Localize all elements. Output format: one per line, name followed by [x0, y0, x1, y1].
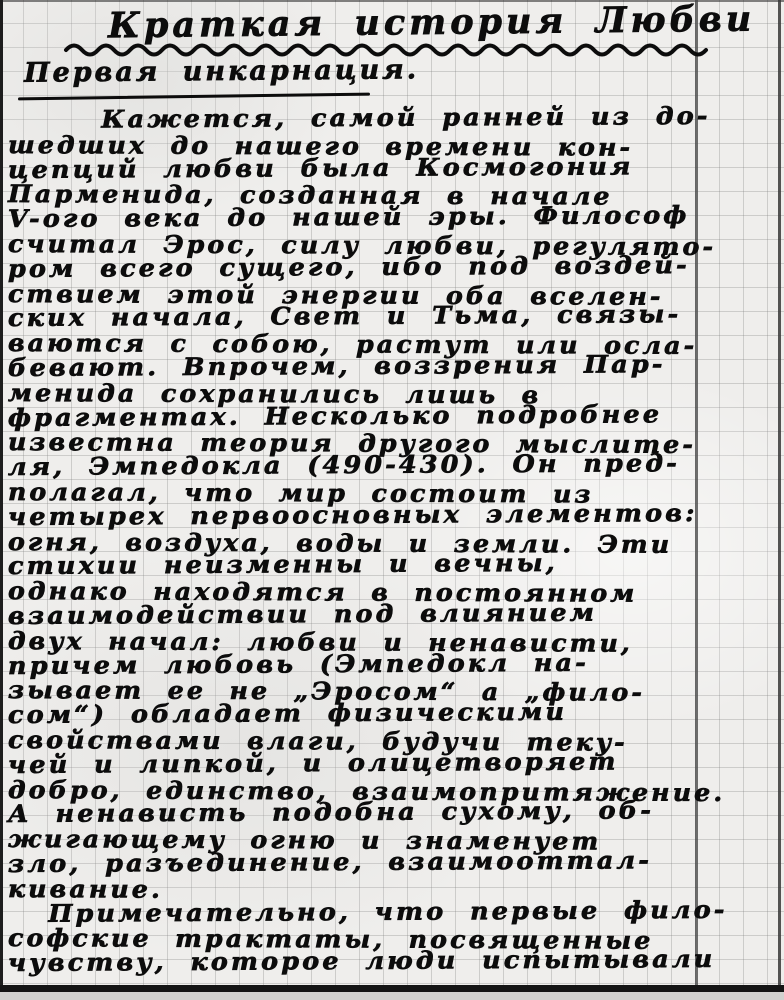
manuscript-line: Кажется, самой ранней из до-	[8, 103, 750, 132]
manuscript-line: чувству, которое люди испытывали	[8, 946, 750, 975]
manuscript-line: цепций любви была Космогония	[8, 152, 750, 181]
manuscript-line: сом“) обладает физическими	[8, 698, 750, 727]
notebook-page: Краткая история Любви Первая инкарнация.…	[0, 0, 784, 1000]
manuscript-line: ских начала, Свет и Тьма, связы-	[8, 301, 750, 330]
page-bottom-edge	[0, 985, 784, 992]
scan-bottom-strip	[0, 992, 784, 1000]
manuscript-line: ром всего сущего, ибо под воздей-	[8, 252, 750, 281]
manuscript-line: зло, разъединение, взаимооттал-	[8, 847, 750, 876]
manuscript-line: А ненависть подобна сухому, об-	[8, 797, 750, 826]
manuscript-line: чей и липкой, и олицетворяет	[8, 747, 750, 776]
section-heading-underline	[18, 93, 370, 101]
manuscript-line: взаимодействии под влиянием	[8, 599, 750, 628]
section-heading: Первая инкарнация.	[24, 54, 419, 88]
manuscript-line: четырех первоосновных элементов:	[8, 499, 750, 528]
manuscript-line: бевают. Впрочем, воззрения Пар-	[8, 351, 750, 380]
manuscript-line: ля, Эмпедокла (490-430). Он пред-	[8, 450, 750, 479]
page-left-edge	[0, 0, 3, 1000]
page-right-edge	[778, 0, 781, 1000]
manuscript-line: стихии неизменны и вечны,	[8, 549, 750, 578]
manuscript-line: V-ого века до нашей эры. Философ	[8, 202, 750, 231]
manuscript-body: Кажется, самой ранней из до- шедших до н…	[8, 107, 708, 975]
manuscript-line: причем любовь (Эмпедокл на-	[8, 648, 750, 677]
manuscript-line: Примечательно, что первые фило-	[8, 896, 750, 925]
manuscript-line: фрагментах. Несколько подробнее	[8, 400, 750, 429]
